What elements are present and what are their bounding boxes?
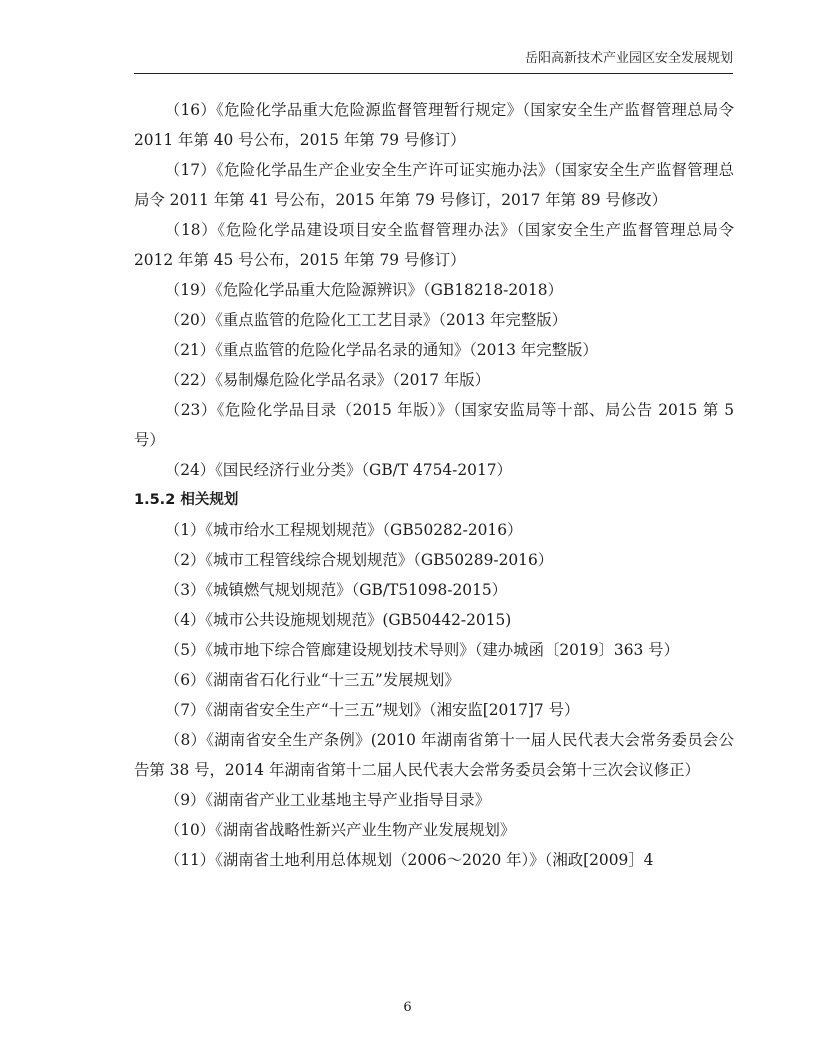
section-heading: 1.5.2 相关规划 (134, 485, 734, 515)
document-title: 岳阳高新技术产业园区安全发展规划 (525, 51, 733, 66)
reference-item: （5）《城市地下综合管廊建设规划技术导则》（建办城函〔2019〕363 号） (134, 635, 734, 665)
reference-item: （11）《湖南省土地利用总体规划（2006～2020 年）》（湘政[2009］4 (134, 845, 734, 875)
reference-item: （24）《国民经济行业分类》（GB/T 4754-2017） (134, 455, 734, 485)
page-footer: 6 (0, 1000, 815, 1015)
reference-item: （19）《危险化学品重大危险源辨识》（GB18218-2018） (134, 275, 734, 305)
reference-item: （3）《城镇燃气规划规范》（GB/T51098-2015） (134, 575, 734, 605)
reference-item: （22）《易制爆危险化学品名录》（2017 年版） (134, 365, 734, 395)
page-number: 6 (403, 1000, 411, 1015)
reference-item: （8）《湖南省安全生产条例》(2010 年湖南省第十一届人民代表大会常务委员会公… (134, 725, 734, 785)
reference-item: （2）《城市工程管线综合规划规范》（GB50289-2016） (134, 545, 734, 575)
reference-item: （20）《重点监管的危险化工工艺目录》（2013 年完整版） (134, 305, 734, 335)
reference-item: （18）《危险化学品建设项目安全监督管理办法》（国家安全生产监督管理总局令 20… (134, 215, 734, 275)
running-header: 岳阳高新技术产业园区安全发展规划 (134, 48, 733, 74)
reference-item: （6）《湖南省石化行业“十三五”发展规划》 (134, 665, 734, 695)
page-body: （16）《危险化学品重大危险源监督管理暂行规定》（国家安全生产监督管理总局令 2… (134, 95, 734, 875)
reference-item: （21）《重点监管的危险化学品名录的通知》（2013 年完整版） (134, 335, 734, 365)
reference-item: （9）《湖南省产业工业基地主导产业指导目录》 (134, 785, 734, 815)
reference-item: （7）《湖南省安全生产“十三五”规划》（湘安监[2017]7 号） (134, 695, 734, 725)
reference-item: （10）《湖南省战略性新兴产业生物产业发展规划》 (134, 815, 734, 845)
reference-item: （1）《城市给水工程规划规范》（GB50282-2016） (134, 515, 734, 545)
reference-item: （16）《危险化学品重大危险源监督管理暂行规定》（国家安全生产监督管理总局令 2… (134, 95, 734, 155)
reference-item: （17）《危险化学品生产企业安全生产许可证实施办法》（国家安全生产监督管理总局令… (134, 155, 734, 215)
reference-item: （23）《危险化学品目录（2015 年版）》（国家安监局等十部、局公告 2015… (134, 395, 734, 455)
reference-item: （4）《城市公共设施规划规范》(GB50442-2015) (134, 605, 734, 635)
